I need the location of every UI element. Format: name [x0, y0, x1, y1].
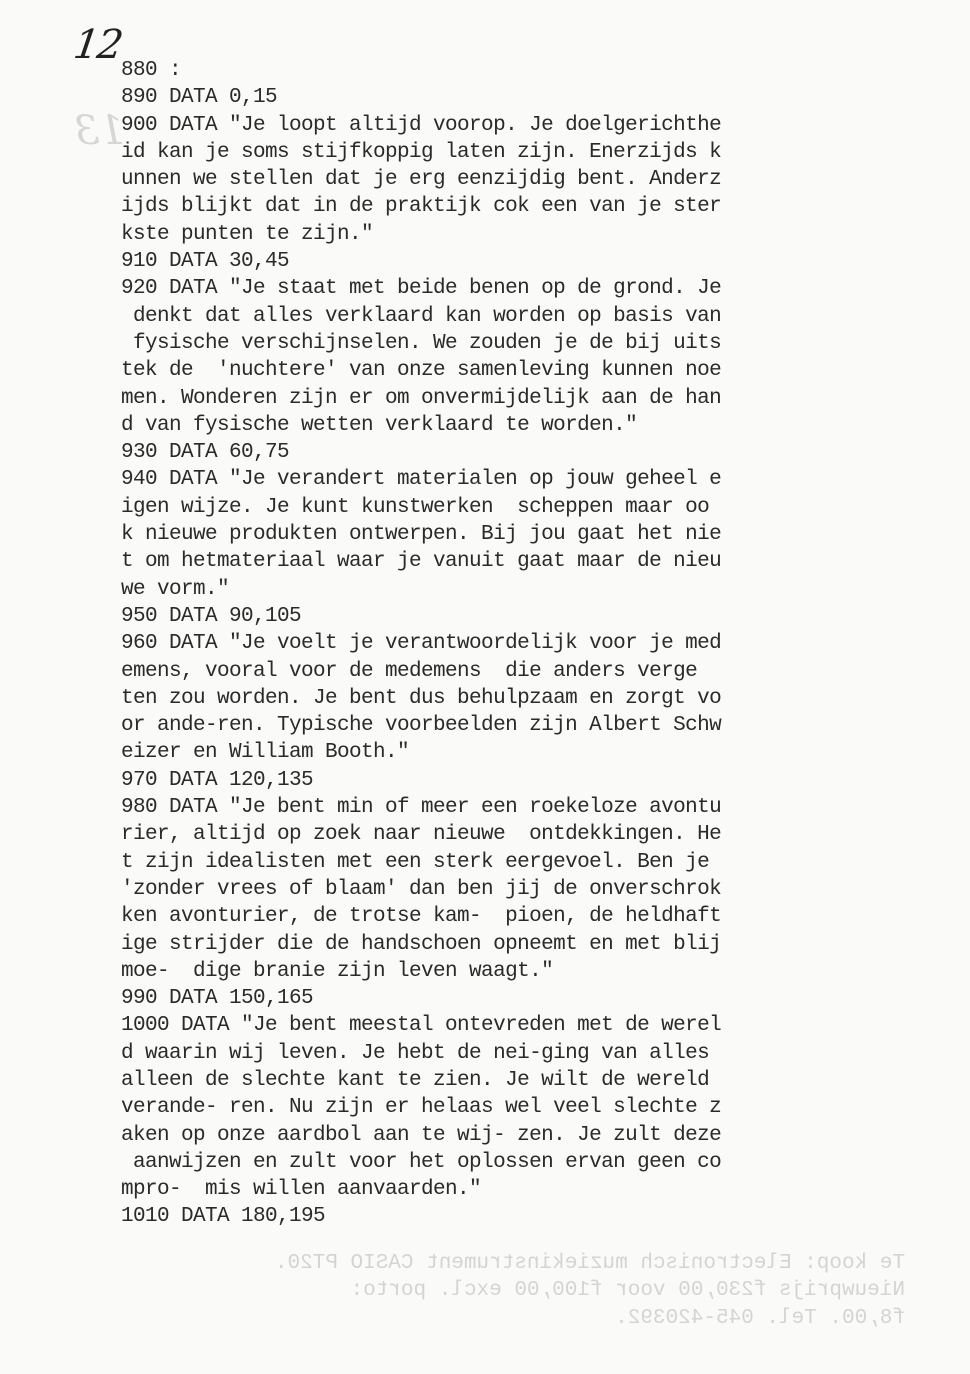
listing-line: 1000 DATA "Je bent meestal ontevreden me…	[121, 1012, 821, 1039]
bleed-through-line: Te koop: Electronisch muziekinstrument C…	[505, 1250, 905, 1277]
document-page: 13 12 880 :890 DATA 0,15900 DATA "Je loo…	[0, 0, 970, 1374]
listing-line: 970 DATA 120,135	[121, 767, 821, 794]
listing-line: tek de 'nuchtere' van onze samenleving k…	[121, 357, 821, 384]
listing-line: id kan je soms stijfkoppig laten zijn. E…	[121, 139, 821, 166]
listing-line: 950 DATA 90,105	[121, 603, 821, 630]
listing-line: eizer en William Booth."	[121, 739, 821, 766]
listing-line: ten zou worden. Je bent dus behulpzaam e…	[121, 685, 821, 712]
listing-line: k nieuwe produkten ontwerpen. Bij jou ga…	[121, 521, 821, 548]
listing-line: 980 DATA "Je bent min of meer een roekel…	[121, 794, 821, 821]
listing-line: 930 DATA 60,75	[121, 439, 821, 466]
listing-line: we vorm."	[121, 576, 821, 603]
listing-line: emens, vooral voor de medemens die ander…	[121, 658, 821, 685]
listing-line: t zijn idealisten met een sterk eergevoe…	[121, 849, 821, 876]
listing-line: 1010 DATA 180,195	[121, 1203, 821, 1230]
bleed-through-line: f8,00. Tel. 045-420392.	[505, 1305, 905, 1332]
listing-line: 890 DATA 0,15	[121, 84, 821, 111]
listing-line: mpro- mis willen aanvaarden."	[121, 1176, 821, 1203]
listing-line: 940 DATA "Je verandert materialen op jou…	[121, 466, 821, 493]
listing-line: rier, altijd op zoek naar nieuwe ontdekk…	[121, 821, 821, 848]
listing-line: d van fysische wetten verklaard te worde…	[121, 412, 821, 439]
listing-line: 920 DATA "Je staat met beide benen op de…	[121, 275, 821, 302]
listing-line: aanwijzen en zult voor het oplossen erva…	[121, 1149, 821, 1176]
listing-line: 990 DATA 150,165	[121, 985, 821, 1012]
listing-line: ijds blijkt dat in de praktijk cok een v…	[121, 193, 821, 220]
listing-line: t om hetmateriaal waar je vanuit gaat ma…	[121, 548, 821, 575]
listing-line: ken avonturier, de trotse kam- pioen, de…	[121, 903, 821, 930]
listing-line: unnen we stellen dat je erg eenzijdig be…	[121, 166, 821, 193]
listing-line: denkt dat alles verklaard kan worden op …	[121, 303, 821, 330]
listing-line: moe- dige branie zijn leven waagt."	[121, 958, 821, 985]
listing-line: 910 DATA 30,45	[121, 248, 821, 275]
bleed-through-line: Nieuwprijs f230,00 voor f100,00 excl. po…	[505, 1277, 905, 1304]
listing-line: fysische verschijnselen. We zouden je de…	[121, 330, 821, 357]
listing-line: kste punten te zijn."	[121, 221, 821, 248]
listing-line: verande- ren. Nu zijn er helaas wel veel…	[121, 1094, 821, 1121]
listing-line: igen wijze. Je kunt kunstwerken scheppen…	[121, 494, 821, 521]
listing-line: 'zonder vrees of blaam' dan ben jij de o…	[121, 876, 821, 903]
bleed-through-page-number: 13	[74, 108, 125, 154]
listing-line: men. Wonderen zijn er om onvermijdelijk …	[121, 385, 821, 412]
bleed-through-advertisement: Te koop: Electronisch muziekinstrument C…	[505, 1250, 905, 1332]
listing-line: d waarin wij leven. Je hebt de nei-ging …	[121, 1040, 821, 1067]
listing-line: 960 DATA "Je voelt je verantwoordelijk v…	[121, 630, 821, 657]
listing-line: or ande-ren. Typische voorbeelden zijn A…	[121, 712, 821, 739]
basic-listing: 880 :890 DATA 0,15900 DATA "Je loopt alt…	[121, 57, 821, 1231]
listing-line: 880 :	[121, 57, 821, 84]
page-number: 12	[71, 22, 124, 68]
listing-line: 900 DATA "Je loopt altijd voorop. Je doe…	[121, 112, 821, 139]
listing-line: aken op onze aardbol aan te wij- zen. Je…	[121, 1122, 821, 1149]
listing-line: alleen de slechte kant te zien. Je wilt …	[121, 1067, 821, 1094]
listing-line: ige strijder die de handschoen opneemt e…	[121, 931, 821, 958]
